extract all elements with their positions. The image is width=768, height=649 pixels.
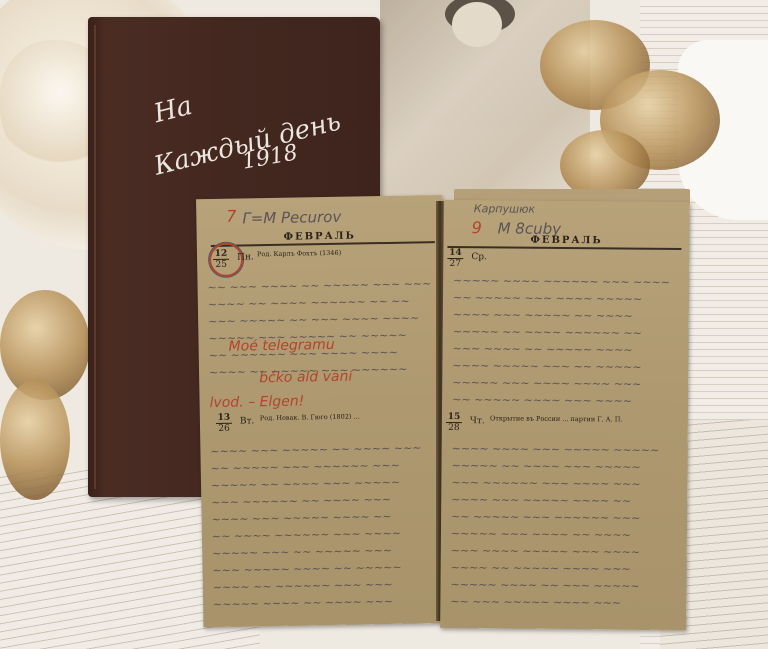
- day-entry: 14 27 Ср.: [447, 248, 463, 269]
- day-entry: 15 28 Чт. Открытие въ России ... партии …: [446, 412, 462, 433]
- diary-right-page: Карпушюк 9 М 8cuby ФЕВРАЛЬ 14 27 Ср. ~~~…: [440, 200, 690, 630]
- cover-title-line1: На: [151, 91, 195, 129]
- handwritten-text: ~~~~ ~~~ ~~~~~ ~~ ~~~~ ~~~~~ ~~~~~ ~~~ ~…: [210, 439, 443, 623]
- day-entry: 12 25 Пн. Род. Карлъ Фохтъ (1346): [213, 249, 229, 270]
- photo-face: [452, 2, 502, 47]
- red-handwriting: bčko ald vaní: [259, 369, 352, 387]
- gilded-ornament: [0, 380, 70, 500]
- red-handwriting: Moé telegramu: [228, 337, 334, 355]
- day-entry: 13 26 Вт. Род. Новак. В. Гюго (1802) ...: [216, 413, 232, 434]
- month-heading: ФЕВРАЛЬ: [443, 234, 689, 247]
- cover-spine-edge: [94, 25, 96, 489]
- red-annotation: 7: [226, 207, 237, 226]
- red-handwriting: lvod. – Elgen!: [209, 393, 304, 411]
- diary-left-page: 7 Г=М Pecurov ФЕВРАЛЬ 12 25 Пн. Род. Кар…: [196, 195, 449, 627]
- handwritten-text: ~~~~~ ~~~~ ~~~~~~ ~~~ ~~~~~~ ~~~~~ ~~~ ~…: [452, 272, 683, 414]
- ink-annotation: Г=М Pecurov: [242, 207, 436, 227]
- handwritten-text: ~~~~ ~~~~ ~~~ ~~~~~ ~~~~~~~~~~ ~~ ~~~~ ~…: [450, 440, 682, 622]
- open-diary: 7 Г=М Pecurov ФЕВРАЛЬ 12 25 Пн. Род. Кар…: [196, 195, 690, 635]
- top-ink-note: Карпушюк: [474, 200, 684, 219]
- photo-scene: На Каждый день 1918 7 Г=М Pecurov ФЕВРАЛ…: [0, 0, 768, 649]
